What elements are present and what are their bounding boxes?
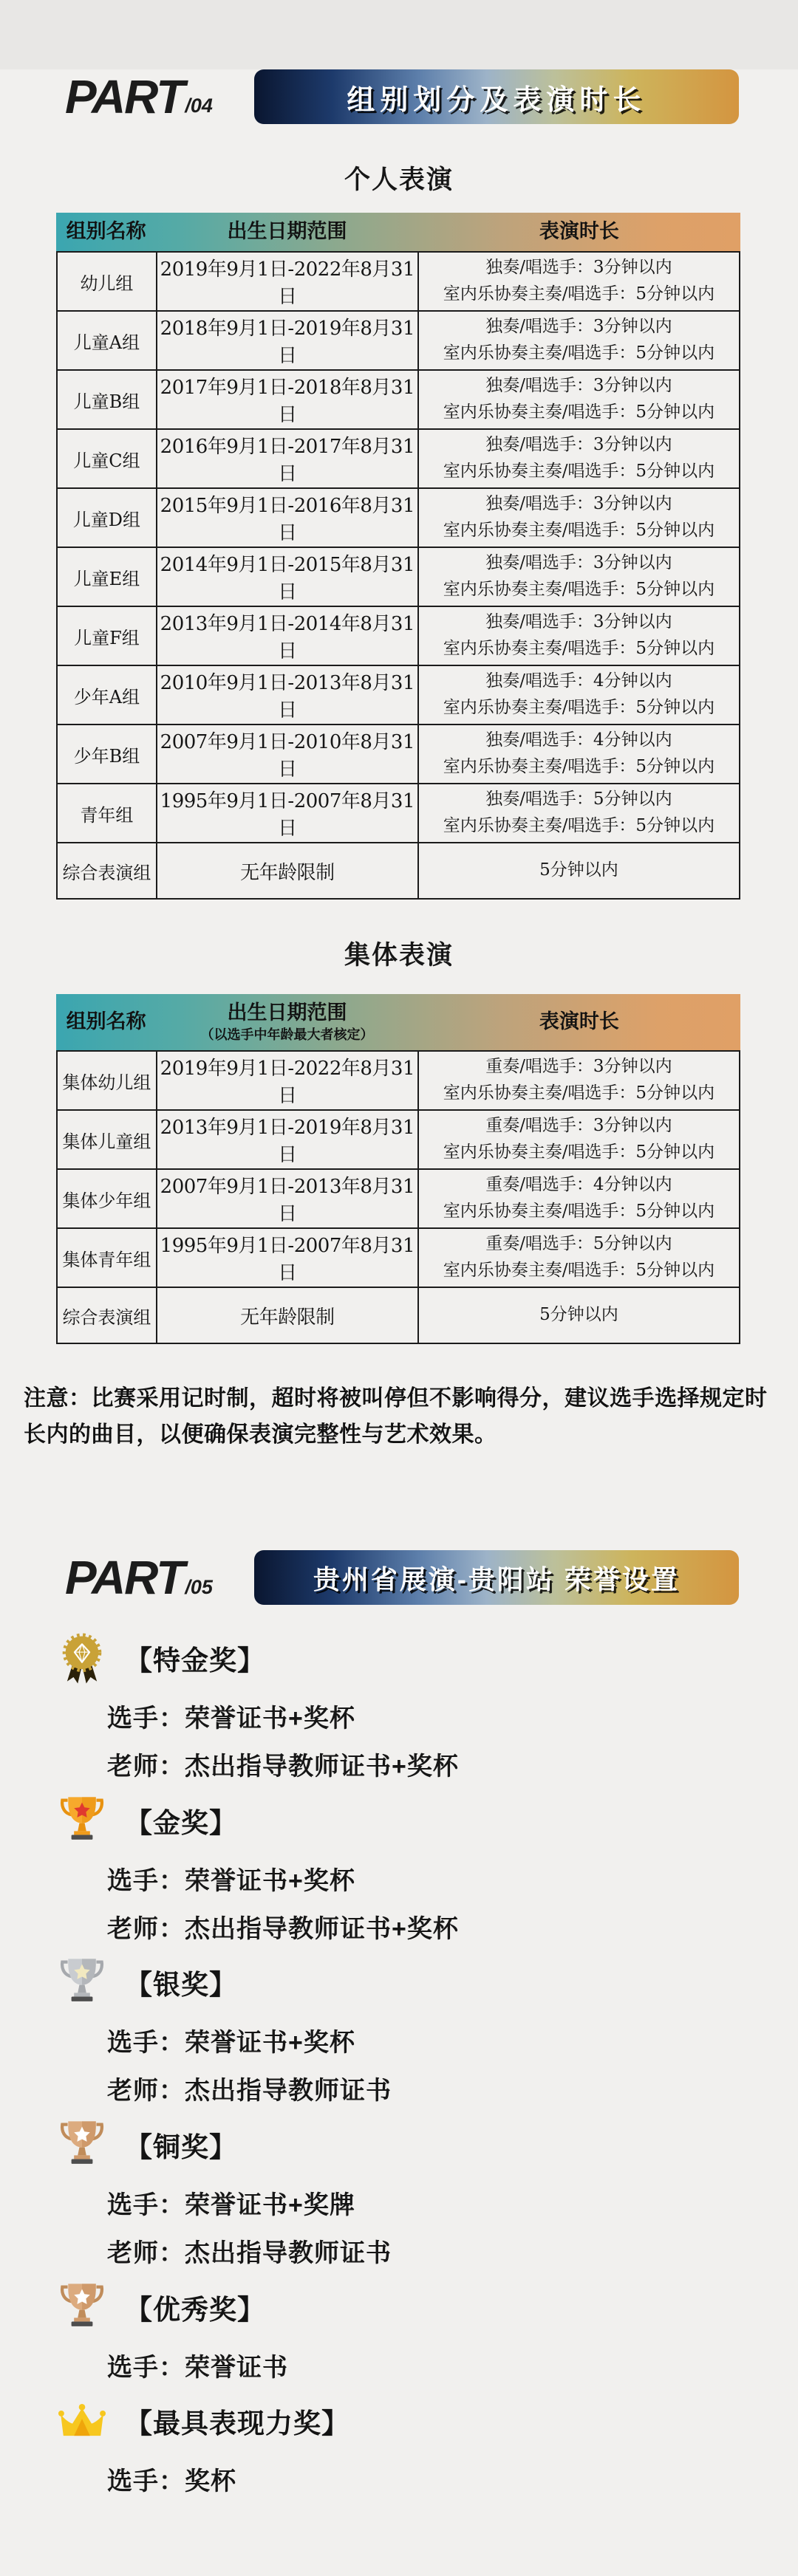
group-name-cell: 儿童B组 (57, 370, 157, 429)
part05-banner-title: 贵州省展演-贵阳站 荣誉设置 (313, 1559, 680, 1597)
award-title: 【优秀奖】 (125, 2287, 265, 2327)
header-birth-range: 出生日期范围 （以选手中年龄最大者核定） (156, 1001, 418, 1043)
award-te-jin: 【特金奖】 选手：荣誉证书+奖杯 老师：杰出指导教师证书+奖杯 (55, 1630, 754, 1782)
individual-performance-table: 组别名称 出生日期范围 表演时长 幼儿组 2019年9月1日-2022年8月31… (56, 213, 740, 900)
group-name-cell: 少年B组 (57, 724, 157, 784)
award-player-line: 选手：奖杯 (107, 2467, 754, 2497)
group-name-cell: 集体儿童组 (57, 1110, 157, 1169)
group-name-cell: 幼儿组 (57, 252, 157, 311)
header-group-name: 组别名称 (56, 1010, 156, 1033)
duration-cell: 独奏/唱选手：4分钟以内 室内乐协奏主奏/唱选手：5分钟以内 (418, 665, 740, 724)
group-name-cell: 儿童E组 (57, 547, 157, 606)
silver-trophy-icon (55, 1954, 109, 2010)
header-birth-range-main: 出生日期范围 (228, 1001, 347, 1024)
award-youxiu: 【优秀奖】 选手：荣誉证书 (55, 2279, 754, 2383)
duration-cell: 独奏/唱选手：3分钟以内 室内乐协奏主奏/唱选手：5分钟以内 (418, 547, 740, 606)
award-jin: 【金奖】 选手：荣誉证书+奖杯 老师：杰出指导教师证书+奖杯 (55, 1792, 754, 1945)
group-name-cell: 青年组 (57, 784, 157, 843)
gold-trophy-icon (55, 1792, 109, 1849)
duration-cell: 独奏/唱选手：3分钟以内 室内乐协奏主奏/唱选手：5分钟以内 (418, 311, 740, 370)
table-row: 综合表演组 无年龄限制 5分钟以内 (57, 843, 740, 899)
award-yin: 【银奖】 选手：荣誉证书+奖杯 老师：杰出指导教师证书 (55, 1954, 754, 2106)
group-name-cell: 儿童D组 (57, 488, 157, 547)
header-duration: 表演时长 (418, 1010, 740, 1033)
table-row: 儿童D组 2015年9月1日-2016年8月31日 独奏/唱选手：3分钟以内 室… (57, 488, 740, 547)
birth-range-cell: 无年龄限制 (157, 1287, 418, 1343)
duration-cell: 独奏/唱选手：3分钟以内 室内乐协奏主奏/唱选手：5分钟以内 (418, 429, 740, 488)
duration-cell: 5分钟以内 (418, 1287, 740, 1343)
duration-cell: 独奏/唱选手：3分钟以内 室内乐协奏主奏/唱选手：5分钟以内 (418, 606, 740, 665)
table-row: 集体幼儿组 2019年9月1日-2022年8月31日 重奏/唱选手：3分钟以内 … (57, 1051, 740, 1110)
table-row: 儿童F组 2013年9月1日-2014年8月31日 独奏/唱选手：3分钟以内 室… (57, 606, 740, 665)
header-group-name: 组别名称 (56, 220, 156, 243)
award-player-line: 选手：荣誉证书+奖杯 (107, 1704, 754, 1734)
table-row: 儿童A组 2018年9月1日-2019年8月31日 独奏/唱选手：3分钟以内 室… (57, 311, 740, 370)
award-tong: 【铜奖】 选手：荣誉证书+奖牌 老师：杰出指导教师证书 (55, 2117, 754, 2269)
duration-cell: 重奏/唱选手：4分钟以内 室内乐协奏主奏/唱选手：5分钟以内 (418, 1169, 740, 1228)
group-name-cell: 儿童F组 (57, 606, 157, 665)
header-duration: 表演时长 (418, 220, 740, 243)
table-row: 儿童C组 2016年9月1日-2017年8月31日 独奏/唱选手：3分钟以内 室… (57, 429, 740, 488)
award-biaoxianli: 【最具表现力奖】 选手：奖杯 (55, 2393, 754, 2497)
part04-header: PART /04 组别划分及表演时长 (65, 69, 739, 124)
table-row: 少年A组 2010年9月1日-2013年8月31日 独奏/唱选手：4分钟以内 室… (57, 665, 740, 724)
part-number: /05 (185, 1576, 213, 1599)
duration-cell: 独奏/唱选手：3分钟以内 室内乐协奏主奏/唱选手：5分钟以内 (418, 370, 740, 429)
table-row: 综合表演组 无年龄限制 5分钟以内 (57, 1287, 740, 1343)
timing-note: 注意：比赛采用记时制，超时将被叫停但不影响得分，建议选手选择规定时长内的曲目，以… (24, 1381, 776, 1453)
duration-cell: 独奏/唱选手：3分钟以内 室内乐协奏主奏/唱选手：5分钟以内 (418, 252, 740, 311)
group-name-cell: 少年A组 (57, 665, 157, 724)
birth-range-cell: 2014年9月1日-2015年8月31日 (157, 547, 418, 606)
award-teacher-line: 老师：杰出指导教师证书+奖杯 (107, 1914, 754, 1945)
birth-range-cell: 2019年9月1日-2022年8月31日 (157, 1051, 418, 1110)
duration-cell: 重奏/唱选手：3分钟以内 室内乐协奏主奏/唱选手：5分钟以内 (418, 1051, 740, 1110)
award-player-line: 选手：荣誉证书 (107, 2353, 754, 2383)
awards-list: 【特金奖】 选手：荣誉证书+奖杯 老师：杰出指导教师证书+奖杯 【金奖】 选手： (55, 1630, 754, 2552)
award-title: 【最具表现力奖】 (125, 2401, 349, 2441)
part04-banner-title: 组别划分及表演时长 (347, 77, 646, 117)
birth-range-cell: 2013年9月1日-2014年8月31日 (157, 606, 418, 665)
group-name-cell: 儿童A组 (57, 311, 157, 370)
collective-table-header: 组别名称 出生日期范围 （以选手中年龄最大者核定） 表演时长 (56, 994, 740, 1050)
table-row: 集体儿童组 2013年9月1日-2019年8月31日 重奏/唱选手：3分钟以内 … (57, 1110, 740, 1169)
birth-range-cell: 2017年9月1日-2018年8月31日 (157, 370, 418, 429)
duration-cell: 5分钟以内 (418, 843, 740, 899)
table-row: 青年组 1995年9月1日-2007年8月31日 独奏/唱选手：5分钟以内 室内… (57, 784, 740, 843)
collective-section-title: 集体表演 (0, 935, 798, 972)
group-name-cell: 集体少年组 (57, 1169, 157, 1228)
birth-range-cell: 2016年9月1日-2017年8月31日 (157, 429, 418, 488)
award-teacher-line: 老师：杰出指导教师证书 (107, 2076, 754, 2106)
duration-cell: 独奏/唱选手：3分钟以内 室内乐协奏主奏/唱选手：5分钟以内 (418, 488, 740, 547)
part05-label: PART /05 (65, 1555, 213, 1600)
crown-icon (55, 2393, 109, 2449)
part04-label: PART /04 (65, 75, 213, 120)
birth-range-cell: 2007年9月1日-2013年8月31日 (157, 1169, 418, 1228)
part-word: PART (65, 1555, 183, 1600)
group-name-cell: 儿童C组 (57, 429, 157, 488)
award-title: 【特金奖】 (125, 1638, 265, 1678)
duration-cell: 重奏/唱选手：5分钟以内 室内乐协奏主奏/唱选手：5分钟以内 (418, 1228, 740, 1287)
individual-section-title: 个人表演 (0, 160, 798, 196)
birth-range-cell: 2015年9月1日-2016年8月31日 (157, 488, 418, 547)
birth-range-cell: 2010年9月1日-2013年8月31日 (157, 665, 418, 724)
birth-range-cell: 无年龄限制 (157, 843, 418, 899)
part04-banner: 组别划分及表演时长 (254, 69, 739, 124)
table-row: 幼儿组 2019年9月1日-2022年8月31日 独奏/唱选手：3分钟以内 室内… (57, 252, 740, 311)
birth-range-cell: 2013年9月1日-2019年8月31日 (157, 1110, 418, 1169)
collective-performance-table: 组别名称 出生日期范围 （以选手中年龄最大者核定） 表演时长 集体幼儿组 201… (56, 994, 740, 1344)
group-name-cell: 综合表演组 (57, 1287, 157, 1343)
part-word: PART (65, 75, 183, 120)
duration-cell: 重奏/唱选手：3分钟以内 室内乐协奏主奏/唱选手：5分钟以内 (418, 1110, 740, 1169)
header-birth-range-note: （以选手中年龄最大者核定） (201, 1027, 374, 1043)
bronze-trophy-icon (55, 2279, 109, 2335)
table-row: 少年B组 2007年9月1日-2010年8月31日 独奏/唱选手：4分钟以内 室… (57, 724, 740, 784)
award-title: 【金奖】 (125, 1801, 237, 1840)
award-player-line: 选手：荣誉证书+奖杯 (107, 2028, 754, 2058)
part-number: /04 (185, 95, 213, 117)
birth-range-cell: 2007年9月1日-2010年8月31日 (157, 724, 418, 784)
award-player-line: 选手：荣誉证书+奖牌 (107, 2190, 754, 2221)
table-row: 儿童E组 2014年9月1日-2015年8月31日 独奏/唱选手：3分钟以内 室… (57, 547, 740, 606)
part05-header: PART /05 贵州省展演-贵阳站 荣誉设置 (65, 1550, 739, 1605)
table-row: 儿童B组 2017年9月1日-2018年8月31日 独奏/唱选手：3分钟以内 室… (57, 370, 740, 429)
part05-banner: 贵州省展演-贵阳站 荣誉设置 (254, 1550, 739, 1605)
birth-range-cell: 1995年9月1日-2007年8月31日 (157, 784, 418, 843)
award-teacher-line: 老师：杰出指导教师证书 (107, 2238, 754, 2269)
header-birth-range: 出生日期范围 (156, 220, 418, 243)
bronze-trophy-icon (55, 2117, 109, 2173)
birth-range-cell: 1995年9月1日-2007年8月31日 (157, 1228, 418, 1287)
award-player-line: 选手：荣誉证书+奖杯 (107, 1866, 754, 1897)
award-title: 【铜奖】 (125, 2125, 237, 2165)
group-name-cell: 集体青年组 (57, 1228, 157, 1287)
award-title: 【银奖】 (125, 1962, 237, 2002)
birth-range-cell: 2019年9月1日-2022年8月31日 (157, 252, 418, 311)
table-row: 集体青年组 1995年9月1日-2007年8月31日 重奏/唱选手：5分钟以内 … (57, 1228, 740, 1287)
duration-cell: 独奏/唱选手：5分钟以内 室内乐协奏主奏/唱选手：5分钟以内 (418, 784, 740, 843)
birth-range-cell: 2018年9月1日-2019年8月31日 (157, 311, 418, 370)
table-row: 集体少年组 2007年9月1日-2013年8月31日 重奏/唱选手：4分钟以内 … (57, 1169, 740, 1228)
individual-table-header: 组别名称 出生日期范围 表演时长 (56, 213, 740, 251)
group-name-cell: 集体幼儿组 (57, 1051, 157, 1110)
award-teacher-line: 老师：杰出指导教师证书+奖杯 (107, 1752, 754, 1782)
gold-medal-icon (55, 1630, 109, 1686)
group-name-cell: 综合表演组 (57, 843, 157, 899)
duration-cell: 独奏/唱选手：4分钟以内 室内乐协奏主奏/唱选手：5分钟以内 (418, 724, 740, 784)
